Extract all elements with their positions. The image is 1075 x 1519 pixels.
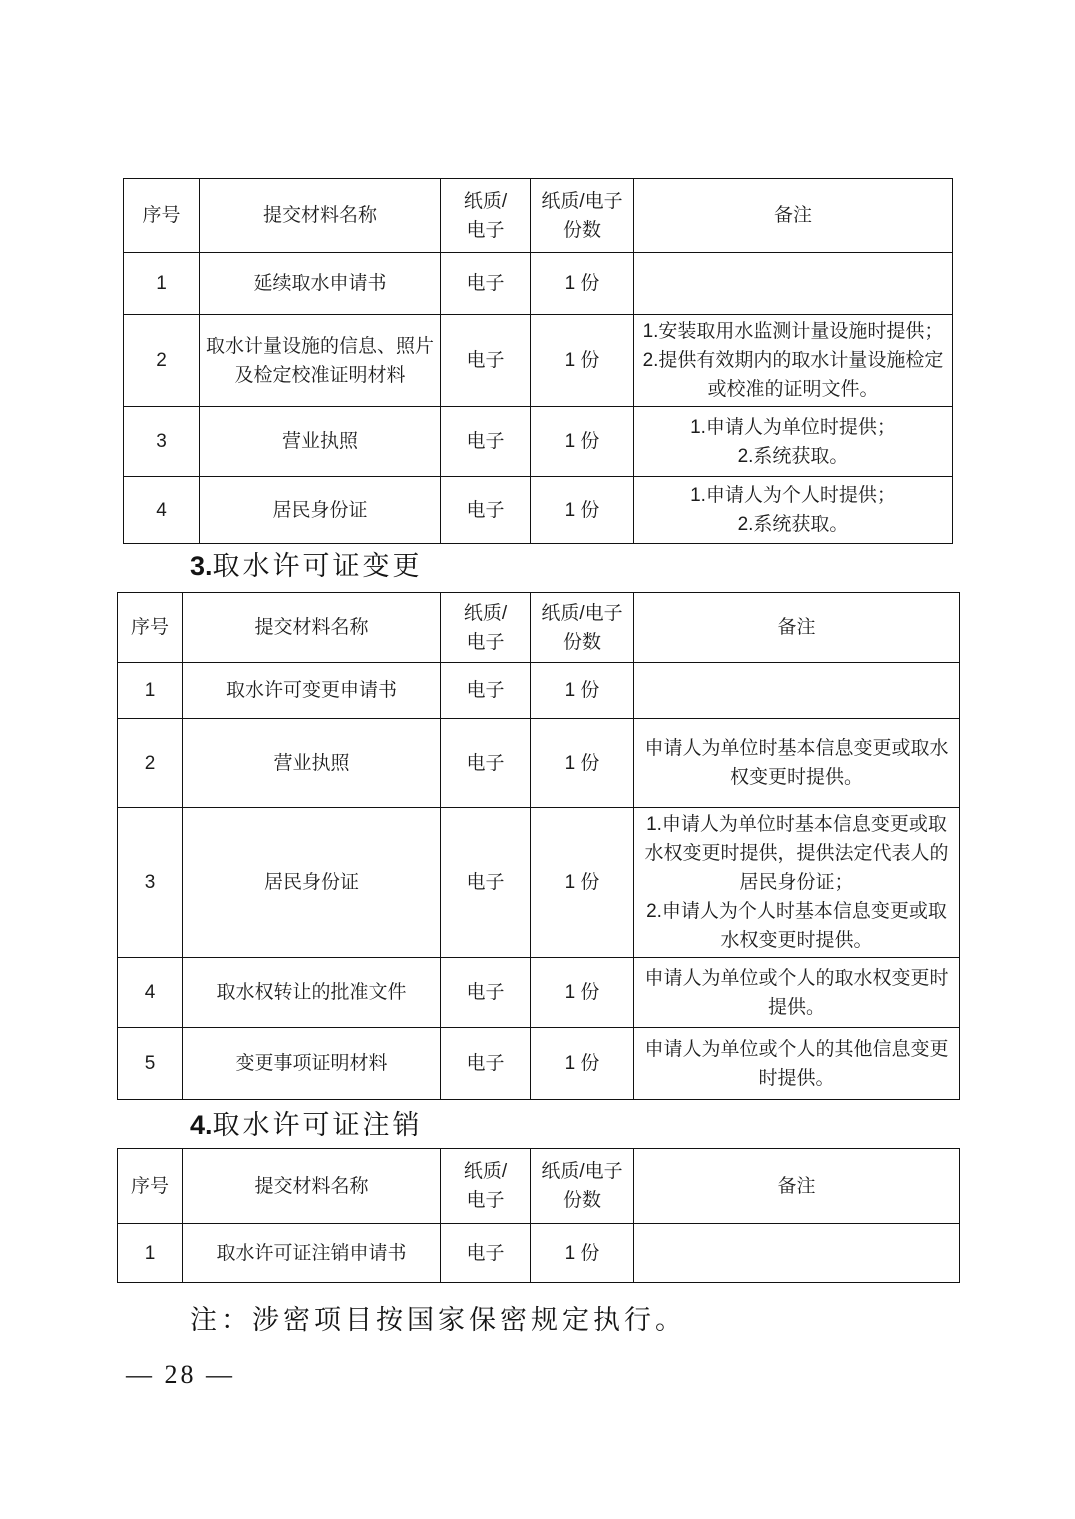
table-header-row: 序号 提交材料名称 纸质/ 电子 纸质/电子 份数 备注 — [118, 593, 960, 663]
cell-remark — [634, 253, 953, 315]
table-header-row: 序号 提交材料名称 纸质/ 电子 纸质/电子 份数 备注 — [124, 179, 953, 253]
header-medium: 纸质/ 电子 — [441, 593, 531, 663]
header-copies: 纸质/电子 份数 — [531, 593, 634, 663]
cell-copies: 1 份 — [531, 315, 634, 407]
header-medium: 纸质/ 电子 — [441, 1149, 531, 1224]
cell-no: 4 — [124, 477, 200, 544]
header-material-name: 提交材料名称 — [183, 593, 441, 663]
cell-material-name: 居民身份证 — [183, 808, 441, 958]
cell-medium: 电子 — [441, 253, 531, 315]
page-number: — 28 — — [126, 1360, 235, 1390]
table-permit-cancellation: 序号 提交材料名称 纸质/ 电子 纸质/电子 份数 备注 1 取水许可证注销申请… — [117, 1148, 960, 1283]
document-page: 序号 提交材料名称 纸质/ 电子 纸质/电子 份数 备注 1 延续取水申请书 电… — [0, 0, 1075, 1519]
header-remark: 备注 — [634, 1149, 960, 1224]
table-row: 1 取水许可变更申请书 电子 1 份 — [118, 663, 960, 719]
table-header-row: 序号 提交材料名称 纸质/ 电子 纸质/电子 份数 备注 — [118, 1149, 960, 1224]
table-row: 2 营业执照 电子 1 份 申请人为单位时基本信息变更或取水权变更时提供。 — [118, 719, 960, 808]
cell-material-name: 居民身份证 — [200, 477, 441, 544]
cell-remark: 1.申请人为单位时提供； 2.系统获取。 — [634, 407, 953, 477]
cell-copies: 1 份 — [531, 253, 634, 315]
cell-no: 5 — [118, 1028, 183, 1100]
cell-material-name: 营业执照 — [200, 407, 441, 477]
section-title-text: 取水许可证变更 — [213, 551, 423, 581]
table-row: 3 营业执照 电子 1 份 1.申请人为单位时提供； 2.系统获取。 — [124, 407, 953, 477]
header-medium: 纸质/ 电子 — [441, 179, 531, 253]
table-row: 1 取水许可证注销申请书 电子 1 份 — [118, 1224, 960, 1283]
section-title-cancellation: 4.取水许可证注销 — [190, 1108, 423, 1142]
cell-no: 2 — [124, 315, 200, 407]
cell-medium: 电子 — [441, 477, 531, 544]
cell-copies: 1 份 — [531, 1224, 634, 1283]
cell-material-name: 变更事项证明材料 — [183, 1028, 441, 1100]
header-remark: 备注 — [634, 593, 960, 663]
cell-copies: 1 份 — [531, 407, 634, 477]
cell-material-name: 延续取水申请书 — [200, 253, 441, 315]
section-number: 4. — [190, 1110, 213, 1140]
cell-medium: 电子 — [441, 808, 531, 958]
table-row: 3 居民身份证 电子 1 份 1.申请人为单位时基本信息变更或取水权变更时提供，… — [118, 808, 960, 958]
cell-material-name: 取水计量设施的信息、照片 及检定校准证明材料 — [200, 315, 441, 407]
cell-remark: 申请人为单位或个人的取水权变更时提供。 — [634, 958, 960, 1028]
cell-no: 1 — [118, 663, 183, 719]
header-no: 序号 — [124, 179, 200, 253]
cell-copies: 1 份 — [531, 663, 634, 719]
cell-material-name: 取水许可证注销申请书 — [183, 1224, 441, 1283]
cell-remark: 1.申请人为个人时提供； 2.系统获取。 — [634, 477, 953, 544]
cell-copies: 1 份 — [531, 719, 634, 808]
header-copies: 纸质/电子 份数 — [531, 179, 634, 253]
cell-copies: 1 份 — [531, 1028, 634, 1100]
cell-no: 3 — [124, 407, 200, 477]
table-row: 1 延续取水申请书 电子 1 份 — [124, 253, 953, 315]
cell-copies: 1 份 — [531, 958, 634, 1028]
cell-medium: 电子 — [441, 407, 531, 477]
cell-copies: 1 份 — [531, 477, 634, 544]
cell-medium: 电子 — [441, 958, 531, 1028]
table-row: 4 取水权转让的批准文件 电子 1 份 申请人为单位或个人的取水权变更时提供。 — [118, 958, 960, 1028]
cell-copies: 1 份 — [531, 808, 634, 958]
cell-remark: 申请人为单位或个人的其他信息变更时提供。 — [634, 1028, 960, 1100]
table-row: 4 居民身份证 电子 1 份 1.申请人为个人时提供； 2.系统获取。 — [124, 477, 953, 544]
cell-medium: 电子 — [441, 1224, 531, 1283]
cell-medium: 电子 — [441, 1028, 531, 1100]
header-remark: 备注 — [634, 179, 953, 253]
table-row: 2 取水计量设施的信息、照片 及检定校准证明材料 电子 1 份 1.安装取用水监… — [124, 315, 953, 407]
confidentiality-note: 注：涉密项目按国家保密规定执行。 — [190, 1298, 686, 1337]
header-no: 序号 — [118, 593, 183, 663]
cell-remark — [634, 663, 960, 719]
section-title-change: 3.取水许可证变更 — [190, 549, 423, 583]
cell-material-name: 营业执照 — [183, 719, 441, 808]
cell-no: 1 — [124, 253, 200, 315]
cell-remark — [634, 1224, 960, 1283]
cell-medium: 电子 — [441, 663, 531, 719]
cell-material-name: 取水许可变更申请书 — [183, 663, 441, 719]
cell-material-name: 取水权转让的批准文件 — [183, 958, 441, 1028]
header-no: 序号 — [118, 1149, 183, 1224]
header-material-name: 提交材料名称 — [183, 1149, 441, 1224]
table-permit-change: 序号 提交材料名称 纸质/ 电子 纸质/电子 份数 备注 1 取水许可变更申请书… — [117, 592, 960, 1100]
table-renewal-materials: 序号 提交材料名称 纸质/ 电子 纸质/电子 份数 备注 1 延续取水申请书 电… — [123, 178, 953, 544]
cell-remark: 1.安装取用水监测计量设施时提供； 2.提供有效期内的取水计量设施检定或校准的证… — [634, 315, 953, 407]
cell-remark: 申请人为单位时基本信息变更或取水权变更时提供。 — [634, 719, 960, 808]
cell-medium: 电子 — [441, 315, 531, 407]
cell-no: 1 — [118, 1224, 183, 1283]
section-title-text: 取水许可证注销 — [213, 1110, 423, 1140]
cell-remark: 1.申请人为单位时基本信息变更或取水权变更时提供，提供法定代表人的居民身份证； … — [634, 808, 960, 958]
section-number: 3. — [190, 551, 213, 581]
cell-medium: 电子 — [441, 719, 531, 808]
table-row: 5 变更事项证明材料 电子 1 份 申请人为单位或个人的其他信息变更时提供。 — [118, 1028, 960, 1100]
cell-no: 2 — [118, 719, 183, 808]
cell-no: 3 — [118, 808, 183, 958]
cell-no: 4 — [118, 958, 183, 1028]
header-material-name: 提交材料名称 — [200, 179, 441, 253]
header-copies: 纸质/电子 份数 — [531, 1149, 634, 1224]
